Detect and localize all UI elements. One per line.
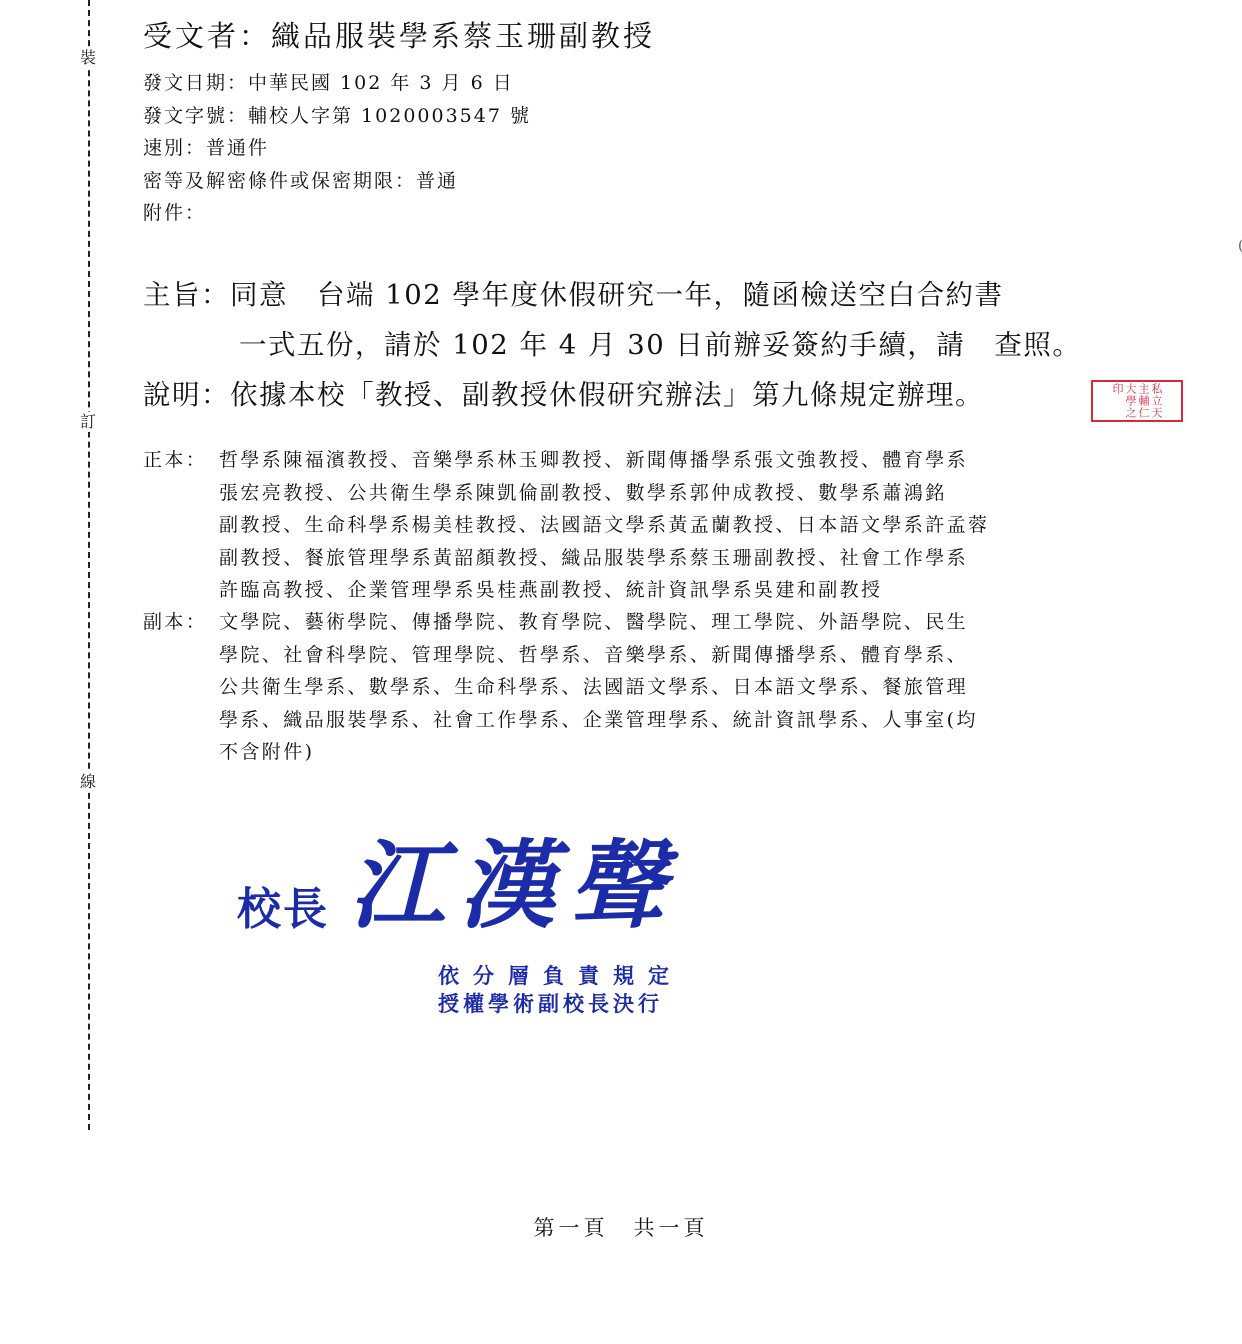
binding-mark-xian: 線	[76, 772, 100, 792]
recipient-line: 張宏亮教授、公共衛生學系陳凱倫副教授、數學系郭仲成教授、數學系蕭鴻銘	[219, 477, 1089, 510]
meta-date: 發文日期：中華民國 102 年 3 月 6 日	[143, 67, 531, 100]
document-meta: 發文日期：中華民國 102 年 3 月 6 日 發文字號：輔校人字第 10200…	[143, 67, 531, 230]
binding-mark-ding: 訂	[76, 412, 100, 432]
subject-label: 主旨：	[143, 270, 230, 320]
recipient-line: 學系、織品服裝學系、社會工作學系、企業管理學系、統計資訊學系、人事室(均	[219, 704, 1089, 737]
meta-doc-number: 發文字號：輔校人字第 1020003547 號	[143, 100, 531, 133]
page-number-footer: 第一頁 共一頁	[0, 1212, 1242, 1242]
scan-artifact: (	[1238, 238, 1242, 254]
authorization-line-2: 授權學術副校長決行	[438, 990, 683, 1018]
subject-line-1: 主旨：同意 台端 102 學年度休假研究一年，隨函檢送空白合約書	[143, 270, 1081, 320]
meta-attachment: 附件：	[143, 197, 531, 230]
copy-recipients-list: 文學院、藝術學院、傳播學院、教育學院、醫學院、理工學院、外語學院、民生 學院、社…	[219, 606, 1089, 769]
binding-mark-zhuang: 裝	[76, 48, 100, 68]
meta-value: 普通	[416, 165, 458, 198]
original-recipients-list: 哲學系陳福濱教授、音樂學系林玉卿教授、新聞傳播學系張文強教授、體育學系 張宏亮教…	[219, 444, 1089, 607]
original-recipients-label: 正本：	[143, 444, 219, 607]
copy-recipients-label: 副本：	[143, 606, 219, 769]
authorization-stamp: 依分層負責規定 授權學術副校長決行	[438, 962, 683, 1018]
explanation-line: 說明：依據本校「教授、副教授休假研究辦法」第九條規定辦理。	[143, 370, 1081, 420]
meta-label: 密等及解密條件或保密期限：	[143, 165, 416, 198]
recipient-line: 學院、社會科學院、管理學院、哲學系、音樂學系、新聞傳播學系、體育學系、	[219, 639, 1089, 672]
signature-name: 江漢聲	[349, 810, 679, 947]
subject-text-1: 同意 台端 102 學年度休假研究一年，隨函檢送空白合約書	[230, 279, 1003, 311]
meta-value: 輔校人字第 1020003547 號	[248, 100, 531, 133]
subject-block: 主旨：同意 台端 102 學年度休假研究一年，隨函檢送空白合約書 一式五份，請於…	[143, 270, 1081, 420]
recipient-line: 副教授、餐旅管理學系黃韶顏教授、織品服裝學系蔡玉珊副教授、社會工作學系	[219, 542, 1089, 575]
president-signature-stamp: 校長 江漢聲	[237, 810, 679, 947]
signature-title: 校長	[237, 873, 329, 937]
meta-label: 發文字號：	[143, 100, 248, 133]
binding-dashed-line	[88, 0, 90, 1130]
meta-label: 發文日期：	[143, 67, 248, 100]
recipient-line: 公共衛生學系、數學系、生命科學系、法國語文學系、日本語文學系、餐旅管理	[219, 671, 1089, 704]
addressee-value: 織品服裝學系蔡玉珊副教授	[271, 19, 655, 53]
recipient-line: 許臨高教授、企業管理學系吳桂燕副教授、統計資訊學系吳建和副教授	[219, 574, 1089, 607]
explanation-label: 說明：	[143, 379, 230, 411]
recipient-line: 哲學系陳福濱教授、音樂學系林玉卿教授、新聞傳播學系張文強教授、體育學系	[219, 444, 1089, 477]
explanation-text: 依據本校「教授、副教授休假研究辦法」第九條規定辦理。	[230, 379, 984, 411]
authorization-line-1: 依分層負責規定	[438, 962, 683, 990]
addressee: 受文者：織品服裝學系蔡玉珊副教授	[143, 14, 655, 55]
copy-recipients: 副本： 文學院、藝術學院、傳播學院、教育學院、醫學院、理工學院、外語學院、民生 …	[143, 606, 1089, 769]
addressee-label: 受文者：	[143, 19, 271, 53]
meta-label: 附件：	[143, 197, 206, 230]
university-seal-stamp: 私立天主輔仁大學之印	[1091, 380, 1183, 422]
recipient-line: 文學院、藝術學院、傳播學院、教育學院、醫學院、理工學院、外語學院、民生	[219, 606, 1089, 639]
subject-line-2: 一式五份，請於 102 年 4 月 30 日前辦妥簽約手續，請 查照。	[143, 320, 1081, 370]
meta-classification: 密等及解密條件或保密期限：普通	[143, 165, 531, 198]
recipient-line: 不含附件)	[219, 736, 1089, 769]
meta-value: 中華民國 102 年 3 月 6 日	[248, 67, 514, 100]
recipient-line: 副教授、生命科學系楊美桂教授、法國語文學系黃孟蘭教授、日本語文學系許孟蓉	[219, 509, 1089, 542]
original-recipients: 正本： 哲學系陳福濱教授、音樂學系林玉卿教授、新聞傳播學系張文強教授、體育學系 …	[143, 444, 1089, 607]
meta-label: 速別：	[143, 132, 206, 165]
meta-speed: 速別：普通件	[143, 132, 531, 165]
meta-value: 普通件	[206, 132, 269, 165]
